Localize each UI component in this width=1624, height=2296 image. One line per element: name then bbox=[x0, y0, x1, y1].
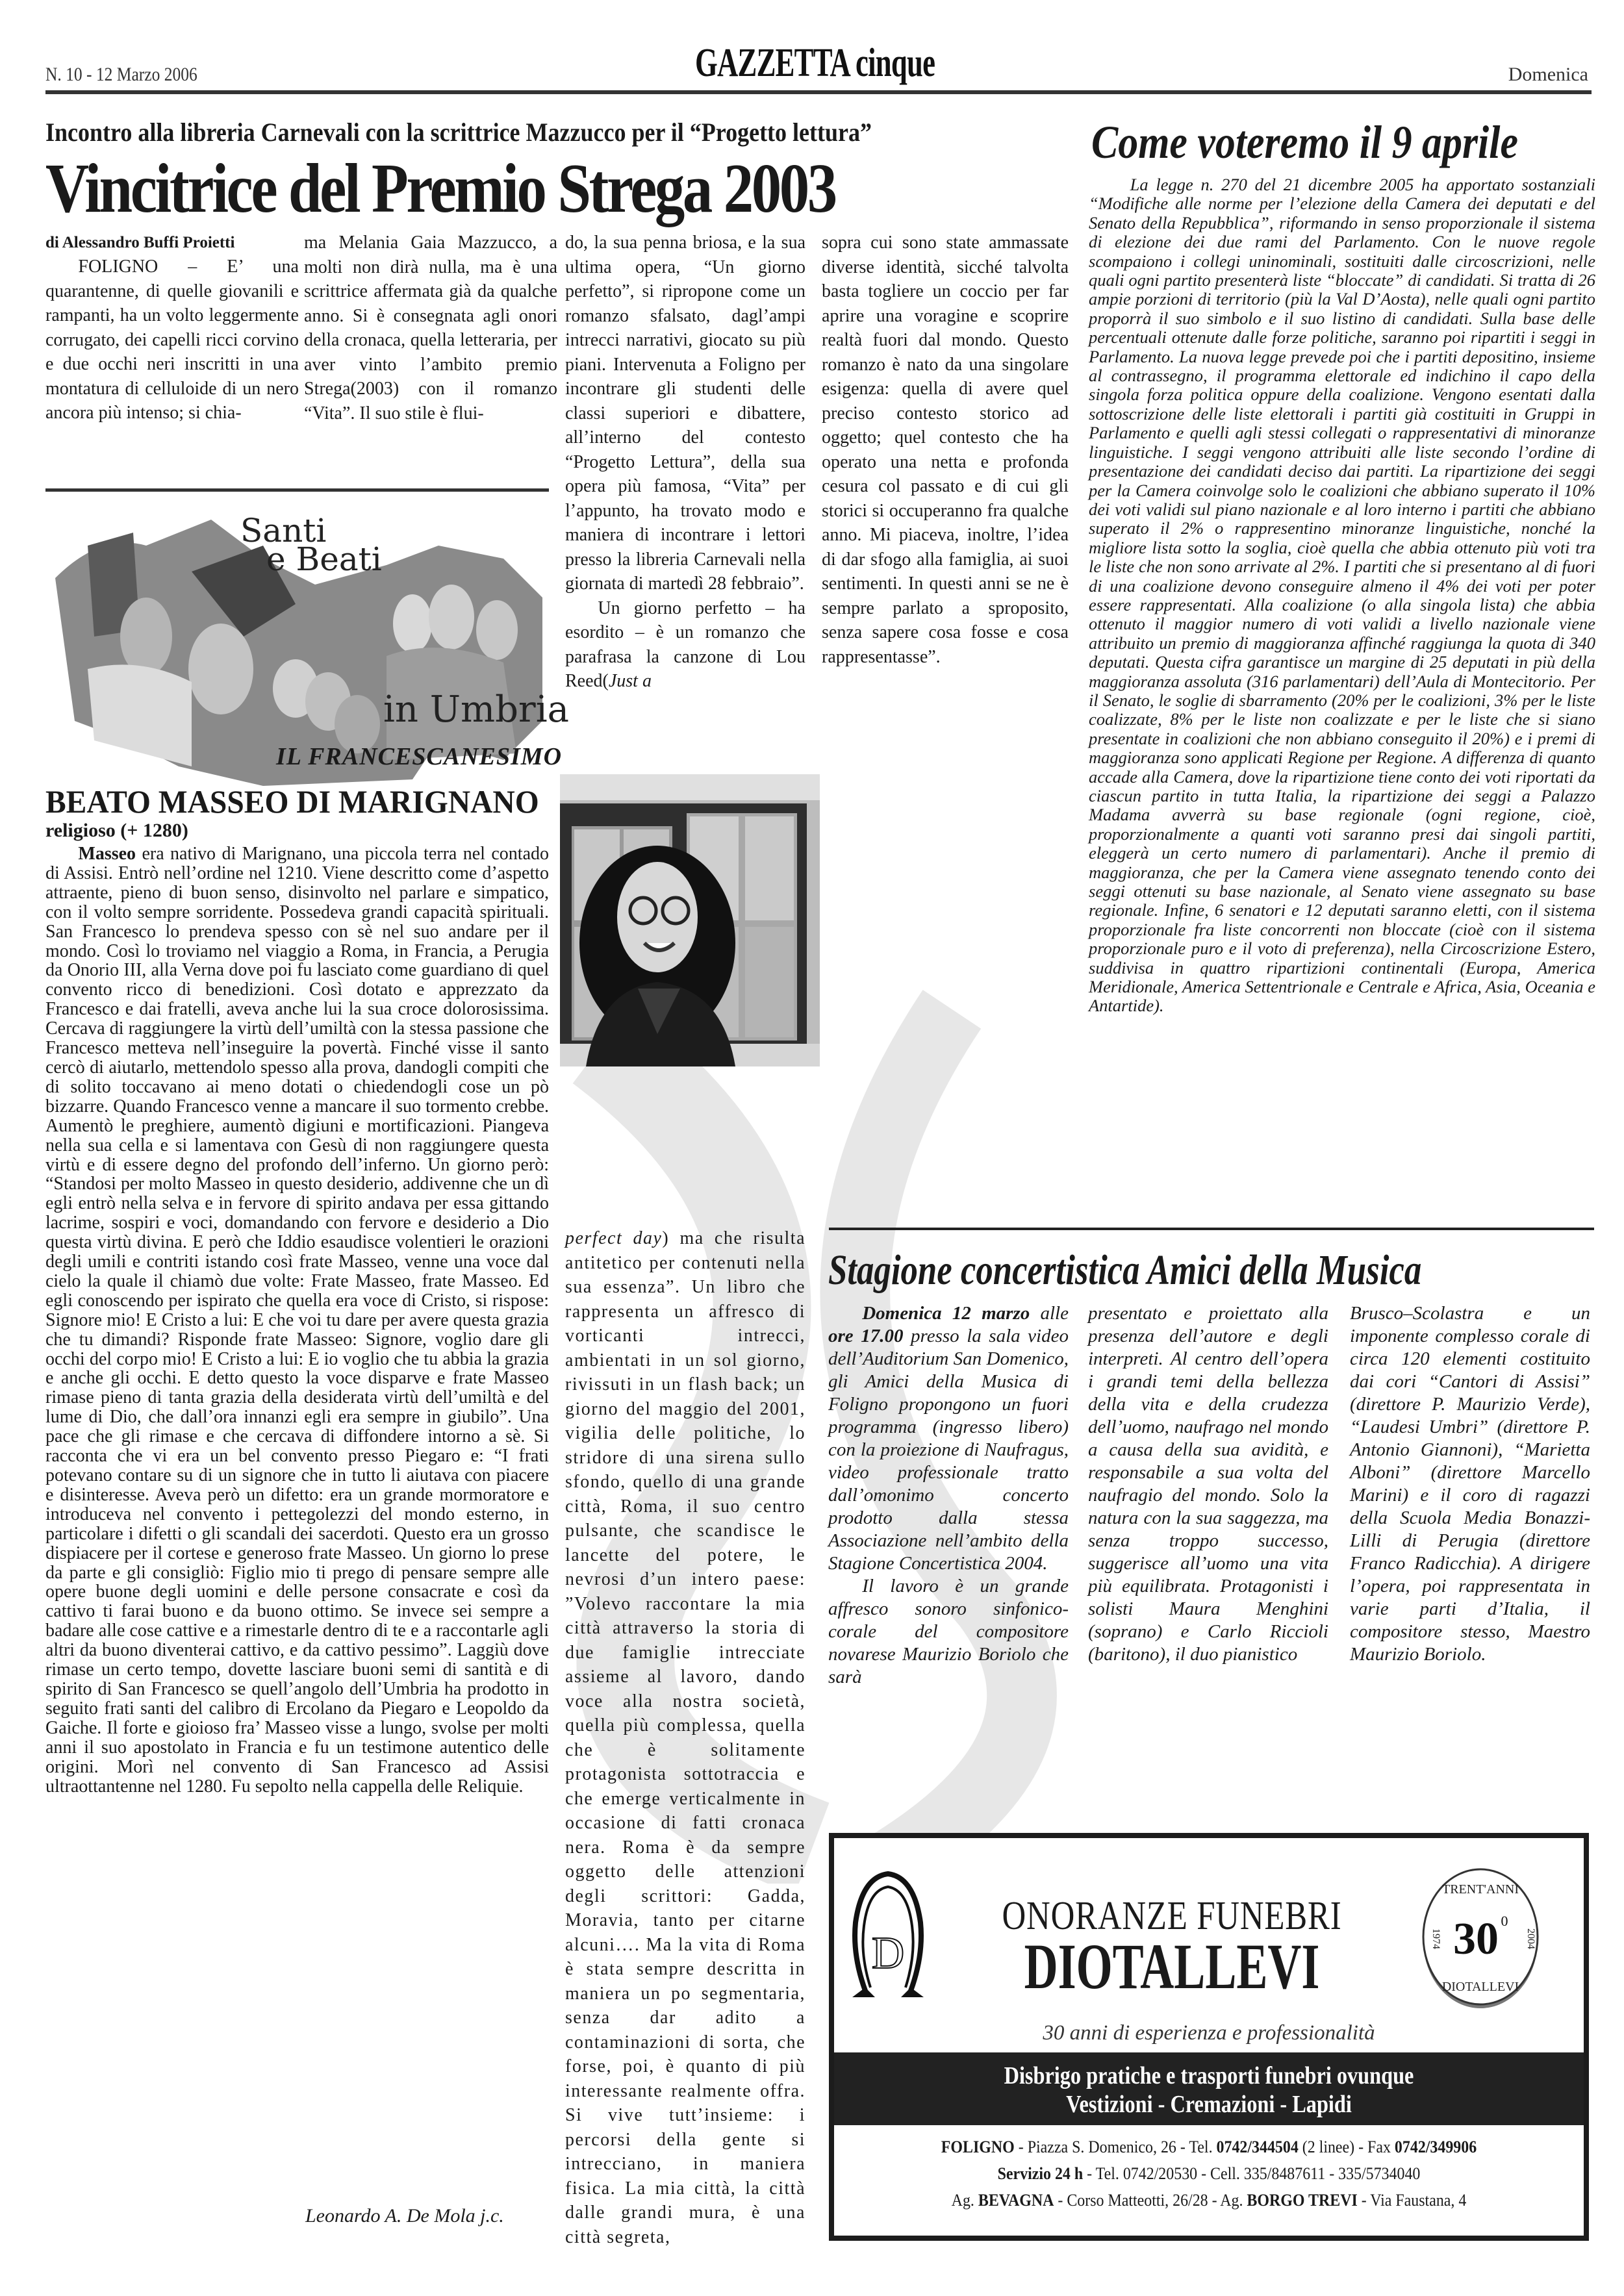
concert-column-2: presentato e proiettato alla presenza de… bbox=[1088, 1302, 1328, 1666]
election-body: La legge n. 270 del 21 dicembre 2005 ha … bbox=[1089, 175, 1595, 1016]
svg-text:TRENT'ANNI: TRENT'ANNI bbox=[1442, 1882, 1519, 1897]
section-label: IL FRANCESCANESIMO bbox=[276, 742, 562, 771]
masthead-sub: cinque bbox=[856, 41, 935, 85]
contact-line-branches: Ag. BEVAGNA - Corso Matteotti, 26/28 - A… bbox=[864, 2187, 1554, 2214]
text: Ag. bbox=[952, 2191, 978, 2210]
author-photo bbox=[560, 774, 820, 1066]
concert-column-3: Brusco–Scolastra e un imponente compless… bbox=[1350, 1302, 1590, 1666]
article-paragraph: perfect day) ma che risulta antitetico p… bbox=[565, 1226, 806, 2249]
ad-brand: DIOTALLEVI bbox=[985, 1929, 1359, 2004]
ad-tagline: 30 anni di esperienza e professionalità bbox=[834, 2021, 1584, 2045]
section-divider bbox=[45, 488, 549, 492]
song-title: Just a bbox=[609, 671, 652, 691]
concert-title: Stagione concertistica Amici della Music… bbox=[828, 1246, 1421, 1295]
article-headline: Vincitrice del Premio Strega 2003 bbox=[45, 151, 928, 228]
service-label: Servizio 24 h bbox=[998, 2164, 1084, 2183]
svg-text:DIOTALLEVI: DIOTALLEVI bbox=[1442, 1980, 1519, 1994]
city: FOLIGNO bbox=[941, 2138, 1015, 2156]
article-paragraph: Domenica 12 marzo alle ore 17.00 presso … bbox=[828, 1302, 1069, 1575]
author-signature: Leonardo A. De Mola j.c. bbox=[305, 2205, 504, 2227]
masthead-main: GAZZETTA bbox=[695, 41, 849, 85]
article-paragraph: Un giorno perfetto – ha esordito – è un … bbox=[565, 596, 806, 694]
city: BORGO TREVI bbox=[1247, 2191, 1357, 2210]
article-paragraph: presentato e proiettato alla presenza de… bbox=[1088, 1302, 1328, 1666]
byline: di Alessandro Buffi Proietti bbox=[45, 231, 299, 255]
saint-body: Masseo era nativo di Marignano, una picc… bbox=[45, 844, 549, 1796]
lead-word: Masseo bbox=[78, 844, 136, 864]
text: presso la sala video dell’Auditorium San… bbox=[828, 1326, 1069, 1574]
city: BEVAGNA bbox=[978, 2191, 1054, 2210]
article-column-continuation: perfect day) ma che risulta antitetico p… bbox=[565, 1226, 806, 2249]
svg-text:30: 30 bbox=[1453, 1914, 1499, 1964]
article-column-3: do, la sua penna briosa, e la sua ultima… bbox=[565, 231, 806, 694]
illustration-caption-beati: e Beati bbox=[266, 540, 382, 578]
article-column-4: sopra cui sono state ammassate diverse i… bbox=[822, 231, 1069, 669]
anniversary-seal-icon: TRENT'ANNI 30 0 1974 2004 DIOTALLEVI bbox=[1419, 1864, 1542, 2010]
event-date: Domenica 12 marzo bbox=[862, 1303, 1030, 1324]
article-paragraph: FOLIGNO – E’ una quarantenne, di quelle … bbox=[45, 255, 299, 425]
concert-column-1: Domenica 12 marzo alle ore 17.00 presso … bbox=[828, 1302, 1069, 1689]
text: ) ma che risulta antitetico per contenut… bbox=[565, 1228, 806, 2247]
svg-text:D: D bbox=[872, 1928, 905, 1978]
article-paragraph: do, la sua penna briosa, e la sua ultima… bbox=[565, 231, 806, 596]
article-paragraph: Masseo era nativo di Marignano, una picc… bbox=[45, 844, 549, 1796]
phone: 0742/344504 bbox=[1217, 2138, 1299, 2156]
saint-subtitle: religioso (+ 1280) bbox=[45, 820, 188, 842]
article-paragraph: sopra cui sono state ammassate diverse i… bbox=[822, 231, 1069, 669]
masthead: GAZZETTA cinque bbox=[695, 40, 935, 86]
event-time: ore 17.00 bbox=[828, 1326, 903, 1346]
text: era nativo di Marignano, una piccola ter… bbox=[45, 844, 549, 1797]
header-divider bbox=[45, 90, 1592, 94]
svg-text:1974: 1974 bbox=[1430, 1928, 1441, 1949]
weekday: Domenica bbox=[1508, 64, 1588, 86]
article-kicker: Incontro alla libreria Carnevali con la … bbox=[45, 117, 969, 147]
ad-services-band: Disbrigo pratiche e trasporti funebri ov… bbox=[834, 2052, 1584, 2125]
portrait-image bbox=[560, 774, 820, 1066]
article-column-1: di Alessandro Buffi Proietti FOLIGNO – E… bbox=[45, 231, 299, 425]
ad-contacts: FOLIGNO - Piazza S. Domenico, 26 - Tel. … bbox=[834, 2134, 1584, 2214]
text: Un giorno perfetto – ha esordito – è un … bbox=[565, 598, 806, 692]
funeral-advertisement: D ONORANZE FUNEBRI DIOTALLEVI TRENT'ANNI… bbox=[829, 1833, 1589, 2241]
svg-text:2004: 2004 bbox=[1525, 1928, 1536, 1949]
text: alle bbox=[1030, 1303, 1069, 1324]
svg-text:0: 0 bbox=[1501, 1913, 1508, 1929]
text: - Piazza S. Domenico, 26 - Tel. bbox=[1015, 2138, 1217, 2156]
contact-line-service: Servizio 24 h - Tel. 0742/20530 - Cell. … bbox=[864, 2160, 1554, 2187]
section-divider bbox=[829, 1228, 1594, 1230]
contact-line-foligno: FOLIGNO - Piazza S. Domenico, 26 - Tel. … bbox=[864, 2134, 1554, 2160]
ad-services-line: Disbrigo pratiche e trasporti funebri ov… bbox=[891, 2062, 1528, 2090]
song-title: perfect day bbox=[565, 1228, 662, 1248]
article-column-2: ma Melania Gaia Mazzucco, a molti non di… bbox=[304, 231, 557, 425]
ad-services-line: Vestizioni - Cremazioni - Lapidi bbox=[891, 2090, 1528, 2119]
saint-title: BEATO MASSEO DI MARIGNANO bbox=[45, 783, 539, 820]
article-paragraph: La legge n. 270 del 21 dicembre 2005 ha … bbox=[1089, 175, 1595, 1016]
fax: 0742/349906 bbox=[1395, 2138, 1477, 2156]
text: - Corso Matteotti, 26/28 - Ag. bbox=[1054, 2191, 1247, 2210]
text: - Tel. 0742/20530 - Cell. 335/8487611 - … bbox=[1083, 2164, 1420, 2183]
text: - Via Faustana, 4 bbox=[1358, 2191, 1467, 2210]
illustration-caption-umbria: in Umbria bbox=[383, 688, 569, 731]
article-paragraph: ma Melania Gaia Mazzucco, a molti non di… bbox=[304, 231, 557, 425]
article-paragraph: Il lavoro è un grande affresco sonoro si… bbox=[828, 1575, 1069, 1689]
election-title: Come voteremo il 9 aprile bbox=[1091, 116, 1518, 170]
omega-logo-icon: D bbox=[852, 1864, 924, 2000]
text: (2 linee) - Fax bbox=[1299, 2138, 1395, 2156]
article-paragraph: Brusco–Scolastra e un imponente compless… bbox=[1350, 1302, 1590, 1666]
issue-date: N. 10 - 12 Marzo 2006 bbox=[45, 64, 197, 86]
